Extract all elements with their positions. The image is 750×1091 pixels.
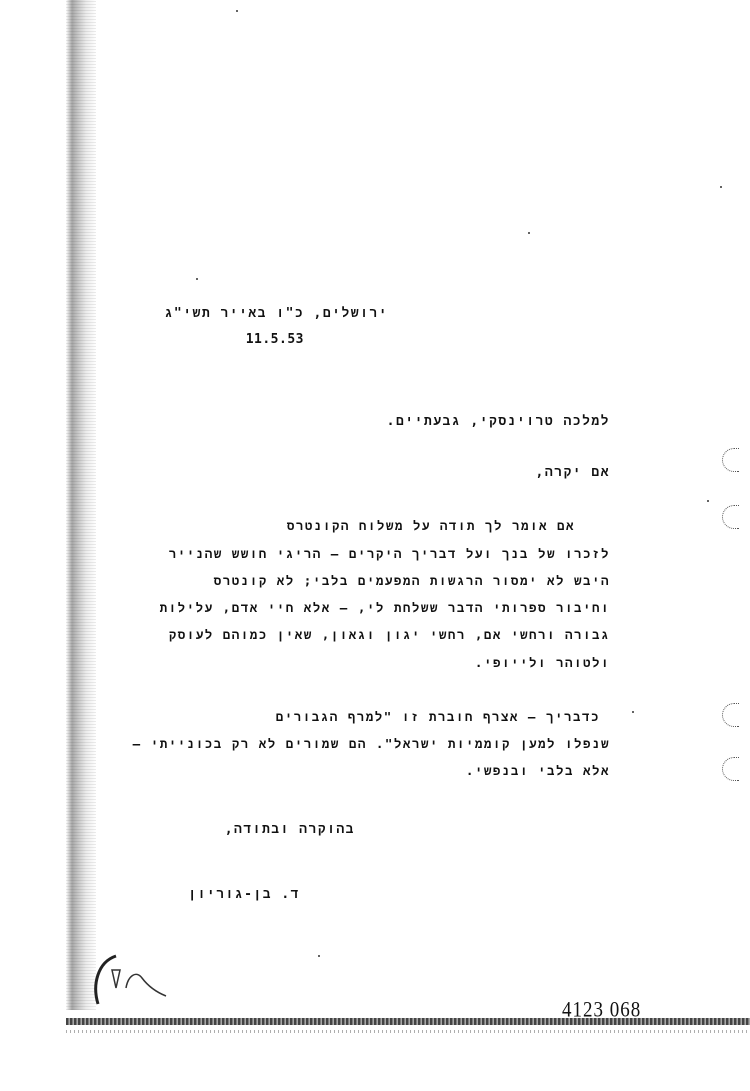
- archive-stamp-icon: [86, 948, 176, 1012]
- scan-speck: [632, 711, 634, 713]
- scan-speck: [318, 955, 320, 957]
- body-line: וחיבור ספרותי הדבר ששלחת לי, – אלא חיי א…: [160, 600, 610, 616]
- body-line: שנפלו למען קוממיות ישראל". הם שמורים לא …: [133, 736, 610, 752]
- body-line: גבורה ורחשי אם, רחשי יגון וגאון, שאין כמ…: [169, 627, 610, 643]
- body-line: אלא בלבי ובנפשי.: [466, 763, 610, 779]
- date-numeric: 11.5.53: [246, 332, 304, 347]
- body-line: לזכרו של בנך ועל דבריך היקרים – הריגי חו…: [169, 546, 610, 562]
- punch-hole-mark: [722, 505, 739, 529]
- binding-edge-shadow: [66, 0, 96, 1010]
- scanned-letter-page: ירושלים, כ"ו באייר תשי"ג 11.5.53 למלכה ט…: [0, 0, 750, 1091]
- punch-hole-mark: [722, 757, 739, 781]
- dateline: ירושלים, כ"ו באייר תשי"ג: [165, 306, 388, 321]
- bottom-scan-edge: [66, 1018, 750, 1025]
- addressee: למלכה טרוינסקי, גבעתיים.: [387, 414, 610, 429]
- scan-speck: [528, 232, 530, 234]
- scan-speck: [196, 278, 198, 280]
- punch-hole-mark: [722, 448, 739, 472]
- body-line: היבש לא ימסור הרגשות המפעמים בלבי; לא קו…: [214, 573, 610, 589]
- punch-hole-mark: [722, 703, 739, 727]
- body-line: ולטוהר ולייופי.: [475, 655, 610, 671]
- body-line: אם אומר לך תודה על משלוח הקונטרס: [287, 518, 575, 534]
- salutation: אם יקרה,: [536, 465, 610, 480]
- scan-speck: [707, 500, 709, 502]
- closing: בהוקרה ובתודה,: [225, 822, 355, 837]
- signature: ד. בן-גוריון: [188, 887, 300, 902]
- scan-speck: [236, 10, 238, 12]
- bottom-scan-edge-faint: [66, 1030, 750, 1033]
- scan-speck: [720, 186, 722, 188]
- body-line: כדבריך – אצרף חוברת זו "למרף הגבורים: [276, 709, 600, 725]
